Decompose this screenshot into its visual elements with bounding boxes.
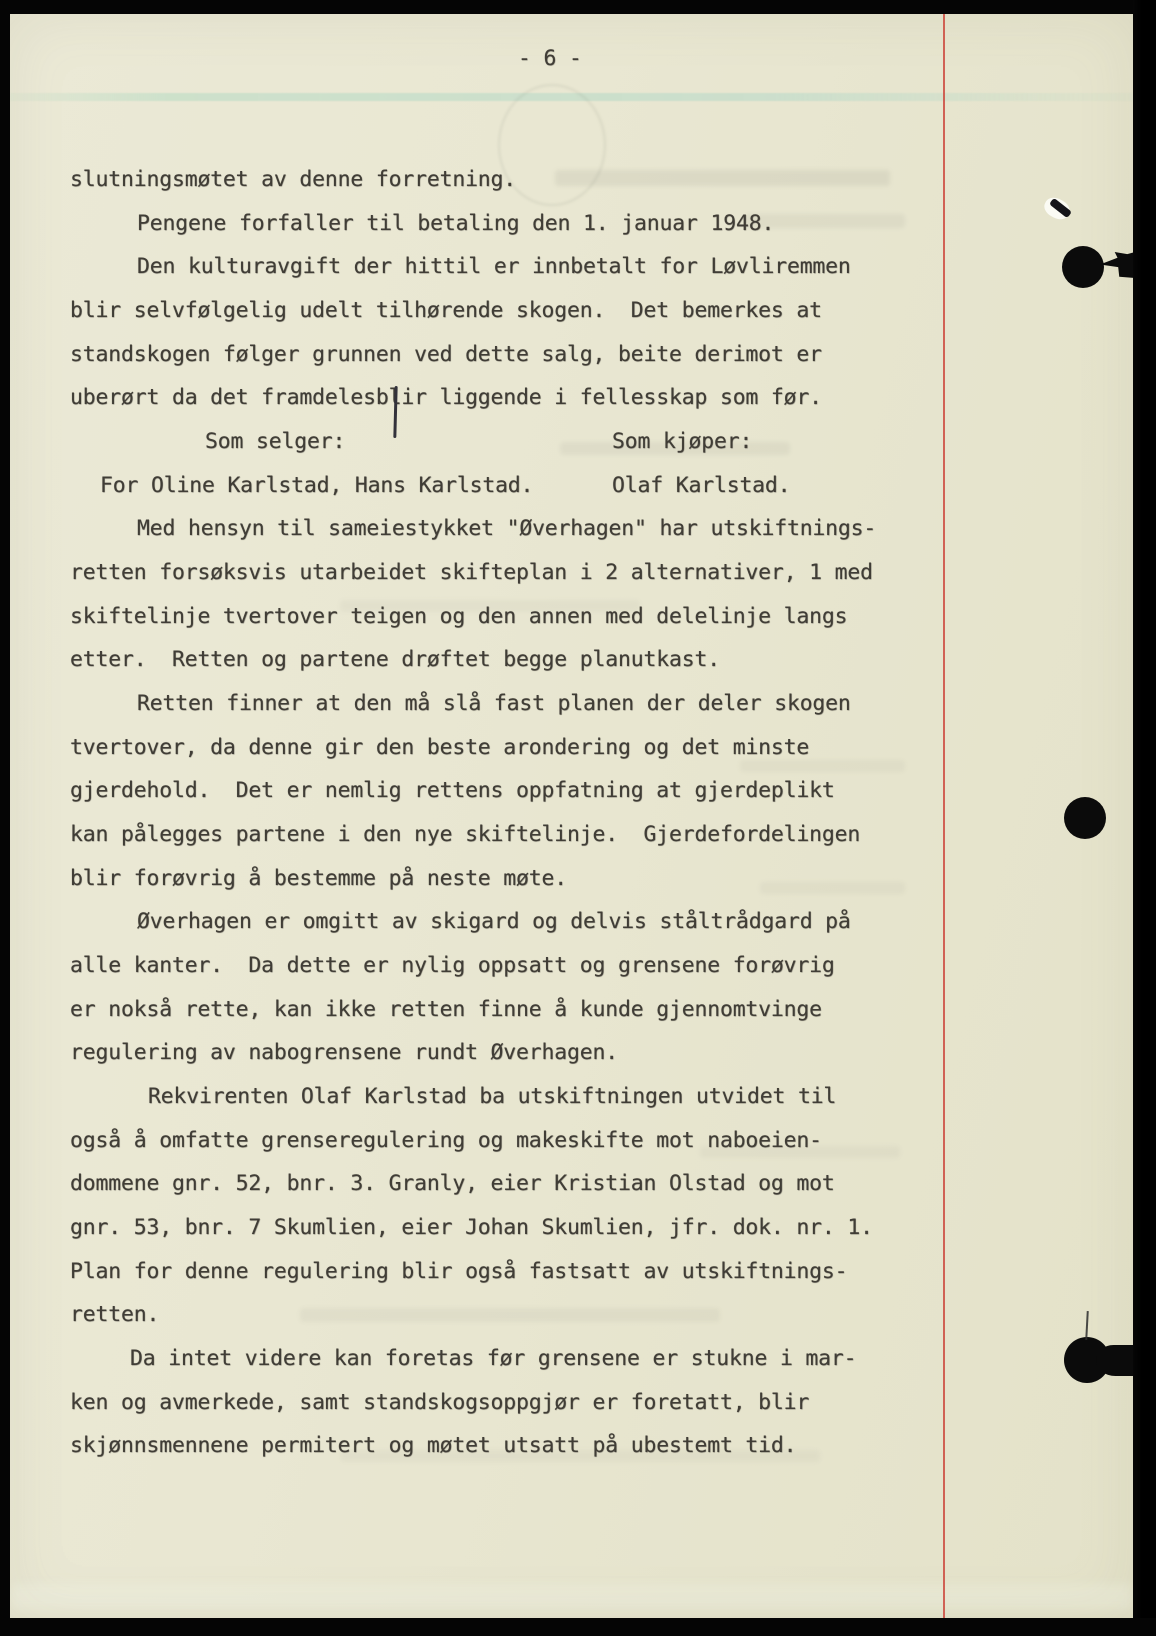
typed-line: blir forøvrig å bestemme på neste møte. <box>70 864 567 894</box>
page-number: - 6 - <box>518 44 582 74</box>
typed-line: dommene gnr. 52, bnr. 3. Granly, eier Kr… <box>70 1169 835 1199</box>
typed-line: gjerdehold. Det er nemlig rettens oppfat… <box>70 776 835 806</box>
typed-line: regulering av nabogrensene rundt Øverhag… <box>70 1038 618 1068</box>
typed-line: blir selvfølgelig udelt tilhørende skoge… <box>70 296 822 326</box>
ink-blot <box>1062 246 1104 288</box>
typed-line: Rekvirenten Olaf Karlstad ba utskiftning… <box>148 1082 836 1112</box>
scan-border <box>0 1618 1156 1636</box>
bleedthrough-smudge <box>300 1308 720 1322</box>
typed-line: Retten finner at den må slå fast planen … <box>137 689 851 719</box>
typed-line: alle kanter. Da dette er nylig oppsatt o… <box>70 951 835 981</box>
buyer-signature: Olaf Karlstad. <box>612 471 790 501</box>
typed-line: Plan for denne regulering blir også fast… <box>70 1257 847 1287</box>
typed-line: Da intet videre kan foretas før grensene… <box>130 1344 856 1374</box>
typed-line: uberørt da det framdelesblir liggende i … <box>70 383 822 413</box>
typed-line: kan pålegges partene i den nye skiftelin… <box>70 820 860 850</box>
bleedthrough-smudge <box>555 170 890 186</box>
typed-line: Den kulturavgift der hittil er innbetalt… <box>137 252 851 282</box>
typed-line: tvertover, da denne gir den beste aronde… <box>70 733 809 763</box>
typed-line: skiftelinje tvertover teigen og den anne… <box>70 602 847 632</box>
seller-signature: For Oline Karlstad, Hans Karlstad. <box>100 471 533 501</box>
typed-line: også å omfatte grenseregulering og makes… <box>70 1126 822 1156</box>
typed-line: Med hensyn til sameiestykket "Øverhagen"… <box>137 514 876 544</box>
typed-line: ken og avmerkede, samt standskogsoppgjør… <box>70 1388 809 1418</box>
typed-line: gnr. 53, bnr. 7 Skumlien, eier Johan Sku… <box>70 1213 873 1243</box>
scan-border <box>1133 0 1156 1636</box>
seller-heading: Som selger: <box>205 427 345 457</box>
typed-line: Pengene forfaller til betaling den 1. ja… <box>137 209 774 239</box>
scan-border <box>0 0 10 1636</box>
typed-line: retten. <box>70 1300 159 1330</box>
ink-blot <box>1064 797 1106 839</box>
typed-line: skjønnsmennene permitert og møtet utsatt… <box>70 1431 796 1461</box>
typed-line: standskogen følger grunnen ved dette sal… <box>70 340 822 370</box>
typed-line: slutningsmøtet av denne forretning. <box>70 165 516 195</box>
typed-line: er nokså rette, kan ikke retten finne å … <box>70 995 822 1025</box>
scanned-document-page: - 6 - slutningsmøtet av denne forretning… <box>0 0 1156 1636</box>
buyer-heading: Som kjøper: <box>612 427 752 457</box>
scan-artifact-band <box>10 1584 1133 1610</box>
bleedthrough-smudge <box>760 882 905 894</box>
ink-blot <box>1096 1345 1135 1376</box>
margin-line <box>943 14 945 1618</box>
typed-line: Øverhagen er omgitt av skigard og delvis… <box>137 907 851 937</box>
scan-border <box>0 0 1156 14</box>
typed-line: retten forsøksvis utarbeidet skifteplan … <box>70 558 873 588</box>
typed-line: etter. Retten og partene drøftet begge p… <box>70 645 720 675</box>
